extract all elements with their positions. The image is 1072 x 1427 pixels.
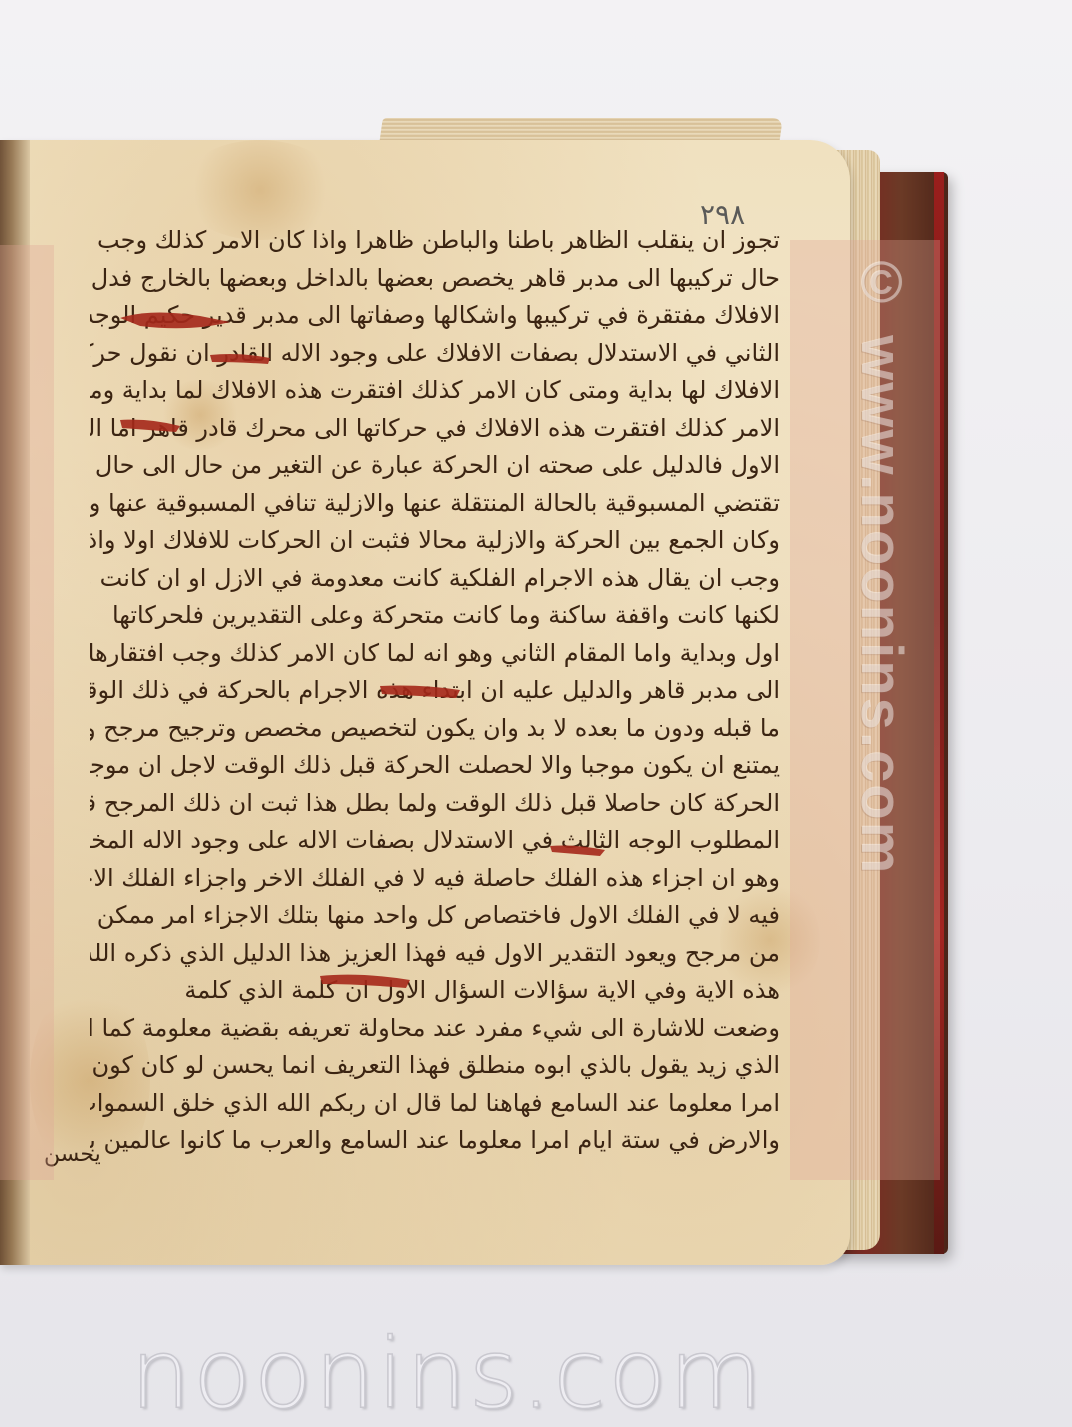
rubric-stroke — [320, 975, 410, 988]
watermark-vertical-text: © www.noonins.com — [825, 250, 915, 1170]
watermark-left-panel — [0, 245, 54, 1180]
rubric-stroke — [550, 846, 605, 857]
watermark-bottom-text: noonins.com — [130, 1318, 750, 1427]
photo-scene: ٢٩٨ تجوز ان ينقلب الظاهر باطنا والباطن ظ… — [0, 0, 1072, 1427]
rubric-stroke — [120, 312, 230, 328]
rubric-stroke — [210, 354, 270, 364]
rubric-stroke — [380, 686, 460, 699]
rubric-stroke — [120, 420, 180, 432]
